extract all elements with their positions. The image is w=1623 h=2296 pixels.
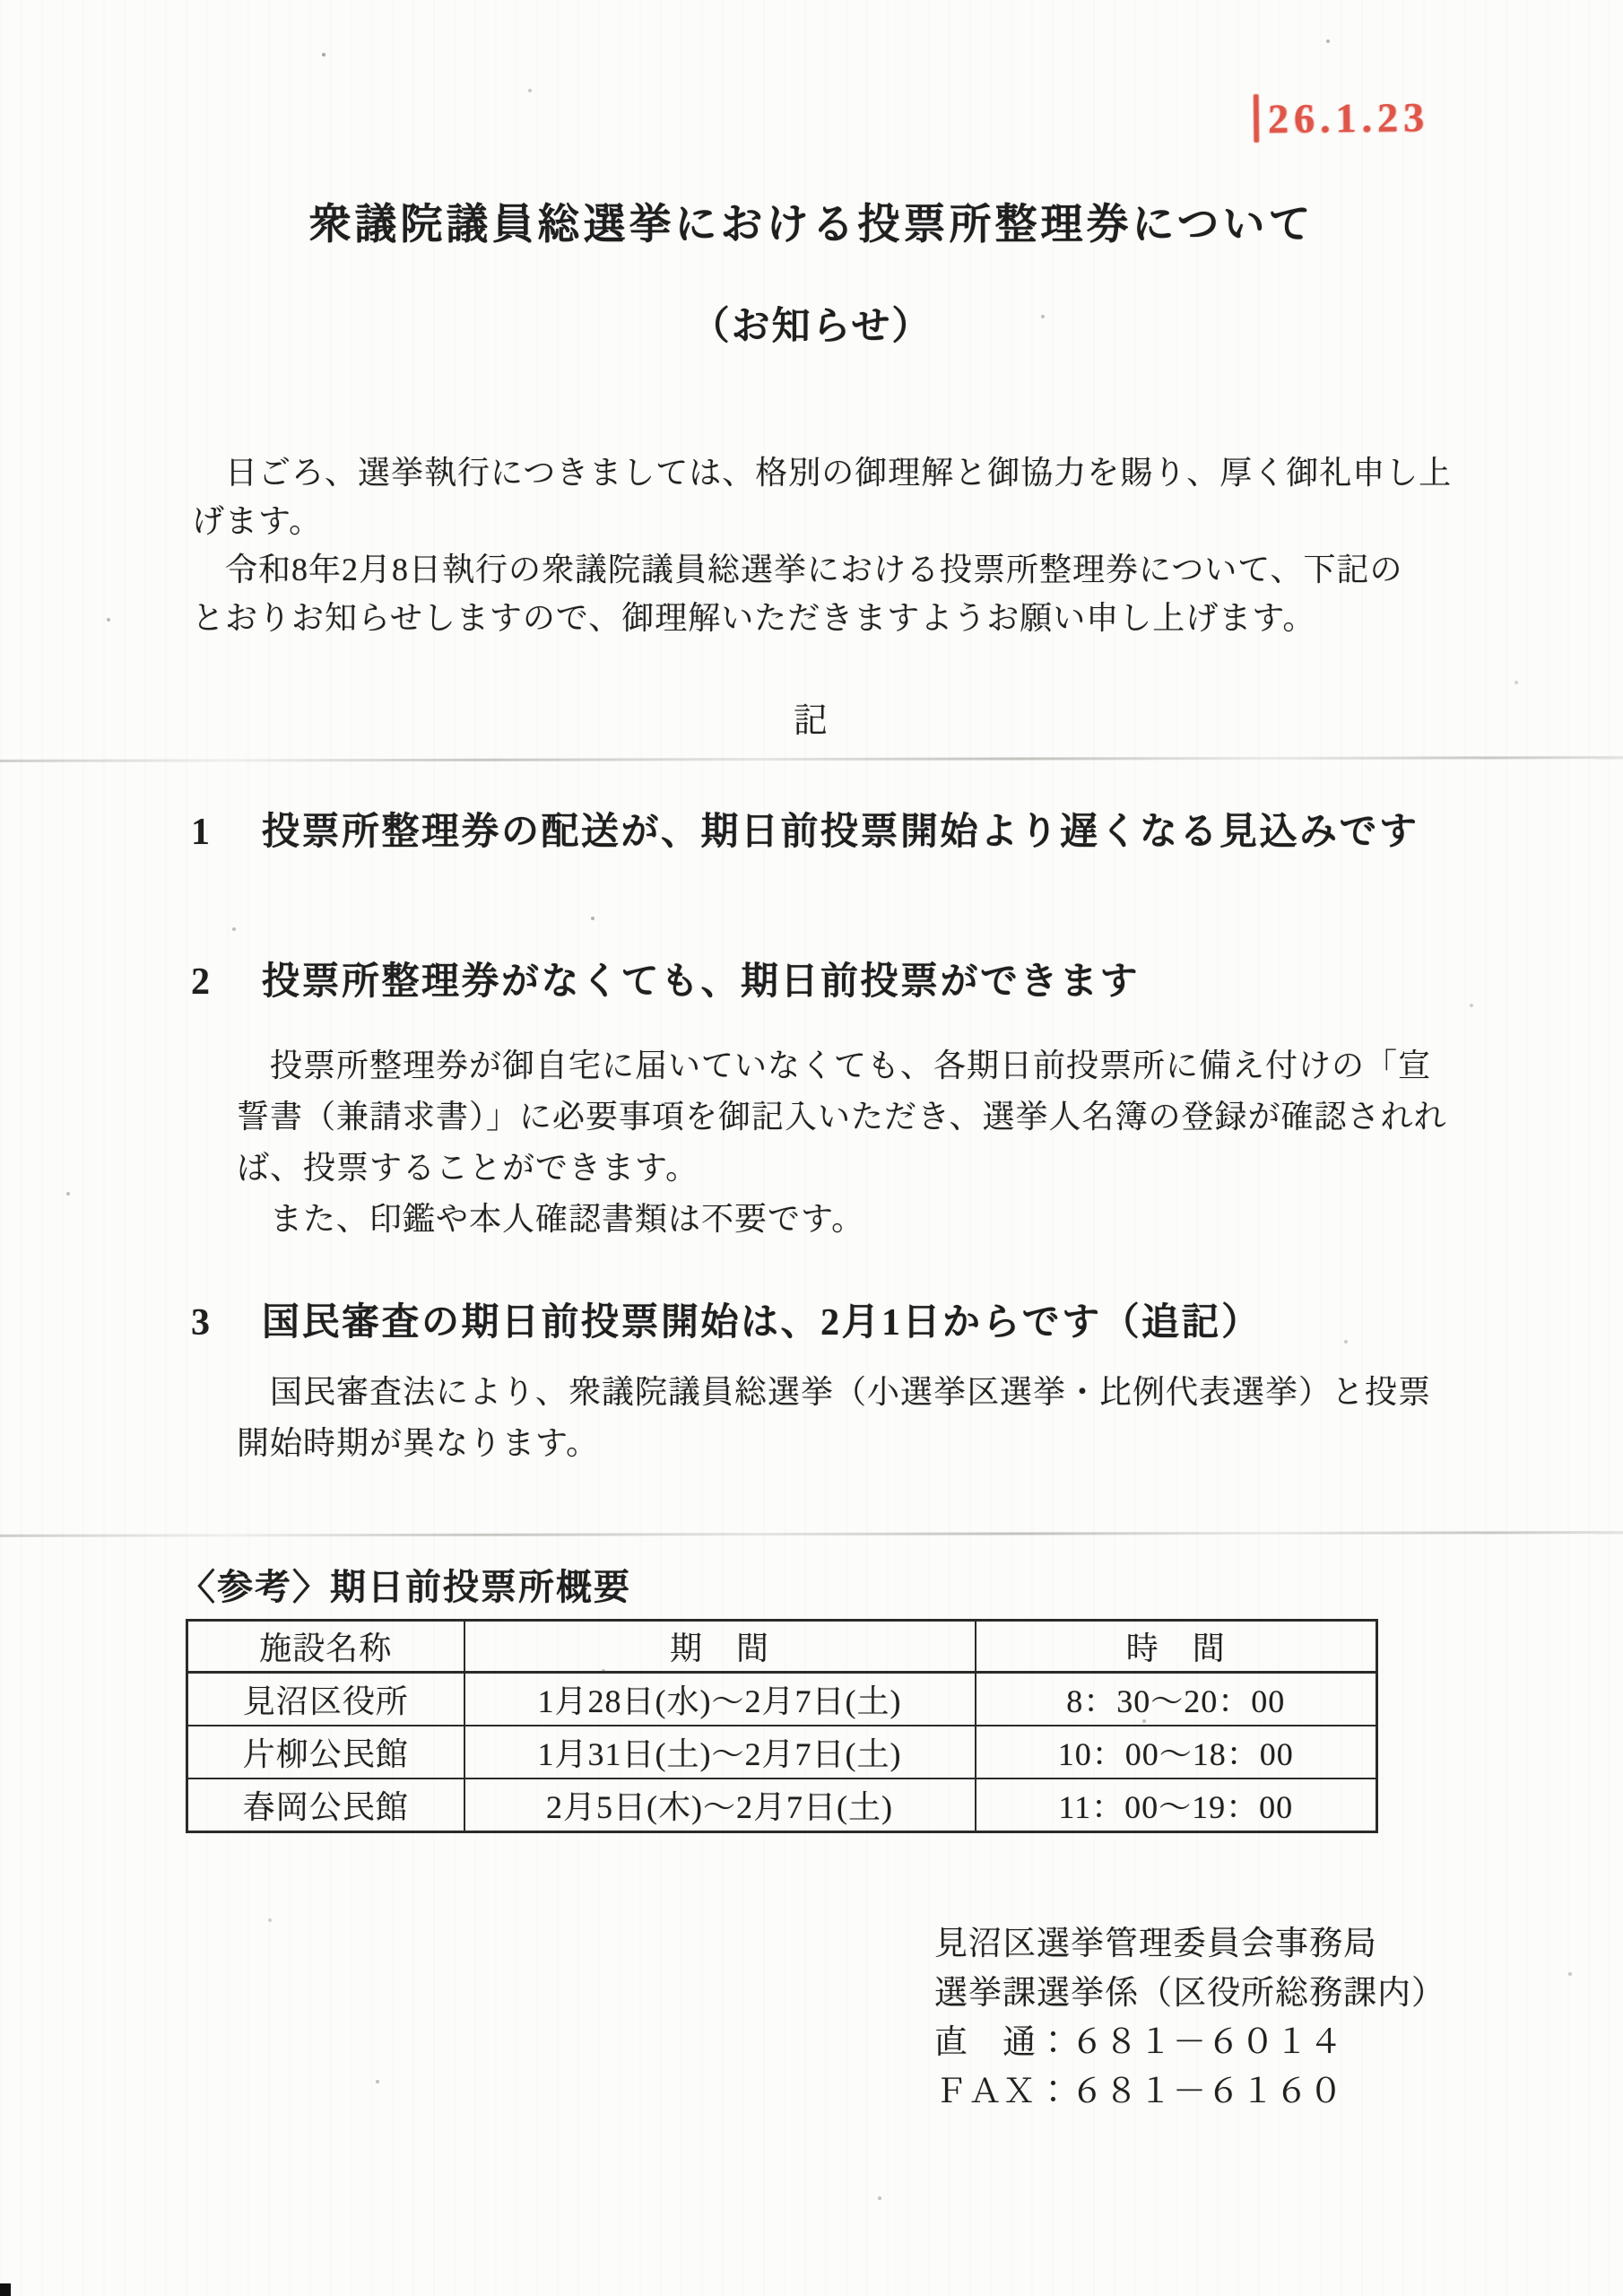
issuer-division-name: 選挙課選挙係（区役所総務課内） — [934, 1969, 1445, 2018]
table-header-period: 期 間 — [464, 1621, 976, 1673]
table-row: 春岡公民館 2月5日(木)～2月7日(土) 11：00～19：00 — [187, 1779, 1377, 1832]
reference-heading: 〈参考〉期日前投票所概要 — [179, 1559, 631, 1610]
voting-hours: 11：00～19：00 — [976, 1779, 1377, 1832]
section-2-number: 2 — [191, 960, 262, 1004]
facility-name: 春岡公民館 — [187, 1779, 464, 1832]
section-3-heading: 3国民審査の期日前投票開始は、2月1日からです（追記） — [191, 1300, 1262, 1345]
section-1-heading-text: 投票所整理券の配送が、期日前投票開始より遅くなる見込みです — [262, 812, 1419, 853]
table-row: 片柳公民館 1月31日(土)～2月7日(土) 10：00～18：00 — [187, 1726, 1377, 1779]
document-subtitle: （お知らせ） — [0, 296, 1623, 351]
section-2-body-line: 投票所整理券が御自宅に届いていなくても、各期日前投票所に備え付けの「宣 — [237, 1040, 1447, 1091]
section-3-body: 国民審査法により、衆議院議員総選挙（小選挙区選挙・比例代表選挙）と投票 開始時期… — [237, 1367, 1431, 1469]
table-row: 見沼区役所 1月28日(水)～2月7日(土) 8：30～20：00 — [187, 1673, 1377, 1726]
section-3-body-line: 開始時期が異なります。 — [237, 1418, 1431, 1469]
paper-fold-crease-bottom — [0, 1531, 1623, 1537]
paper-fold-crease-top — [0, 756, 1623, 762]
section-3-number: 3 — [191, 1300, 262, 1345]
section-2-body-line: ば、投票することができます。 — [237, 1143, 1447, 1194]
voting-period: 2月5日(木)～2月7日(土) — [464, 1779, 976, 1832]
section-2-heading: 2投票所整理券がなくても、期日前投票ができます — [191, 960, 1140, 1004]
section-2-heading-text: 投票所整理券がなくても、期日前投票ができます — [262, 961, 1140, 1003]
record-mark: 記 — [0, 692, 1623, 742]
table-header-hours: 時 間 — [976, 1621, 1377, 1673]
section-1-heading: 1投票所整理券の配送が、期日前投票開始より遅くなる見込みです — [191, 810, 1419, 855]
facility-name: 片柳公民館 — [187, 1726, 464, 1779]
document-title: 衆議院議員総選挙における投票所整理券について — [0, 191, 1623, 251]
section-3-body-line: 国民審査法により、衆議院議員総選挙（小選挙区選挙・比例代表選挙）と投票 — [237, 1367, 1431, 1418]
section-1-number: 1 — [191, 810, 262, 855]
section-2-body-line: 誓書（兼請求書）」に必要事項を御記入いただき、選挙人名簿の登録が確認されれ — [237, 1091, 1447, 1143]
intro-line: とおりお知らせしますので、御理解いただきますようお願い申し上げます。 — [192, 594, 1452, 642]
voting-period: 1月31日(土)～2月7日(土) — [464, 1726, 976, 1779]
intro-line: げます。 — [192, 497, 1452, 545]
issuer-fax-number: ＦＡＸ：６８１－６１６０ — [934, 2067, 1445, 2117]
scan-noise-specks — [0, 0, 2, 2]
section-2-body-line: また、印鑑や本人確認書類は不要です。 — [237, 1194, 1447, 1245]
issuer-office-name: 見沼区選挙管理委員会事務局 — [934, 1919, 1445, 1969]
table-header-facility: 施設名称 — [187, 1621, 464, 1673]
voting-hours: 8：30～20：00 — [976, 1673, 1377, 1726]
issuer-phone-number: 直 通：６８１－６０１４ — [934, 2018, 1445, 2067]
table-header-row: 施設名称 期 間 時 間 — [187, 1621, 1377, 1673]
section-3-heading-text: 国民審査の期日前投票開始は、2月1日からです（追記） — [262, 1302, 1262, 1344]
intro-line: 日ごろ、選挙執行につきましては、格別の御理解と御協力を賜り、厚く御礼申し上 — [192, 448, 1452, 497]
issuer-contact-block: 見沼区選挙管理委員会事務局 選挙課選挙係（区役所総務課内） 直 通：６８１－６０… — [934, 1919, 1445, 2117]
date-stamp: 26.1.23 — [1254, 92, 1430, 143]
voting-hours: 10：00～18：00 — [976, 1726, 1377, 1779]
stamp-date-text: 26.1.23 — [1268, 92, 1430, 142]
intro-paragraphs: 日ごろ、選挙執行につきましては、格別の御理解と御協力を賜り、厚く御礼申し上 げま… — [192, 448, 1452, 642]
stamp-bar-mark — [1254, 94, 1260, 143]
facility-name: 見沼区役所 — [187, 1673, 464, 1726]
intro-line: 令和8年2月8日執行の衆議院議員総選挙における投票所整理券について、下記の — [192, 545, 1452, 594]
corner-scan-mark — [0, 2283, 11, 2296]
early-voting-schedule-table: 施設名称 期 間 時 間 見沼区役所 1月28日(水)～2月7日(土) 8：30… — [186, 1619, 1378, 1833]
voting-period: 1月28日(水)～2月7日(土) — [464, 1673, 976, 1726]
scanned-notice-page: 26.1.23 衆議院議員総選挙における投票所整理券について （お知らせ） 日ご… — [0, 0, 1623, 2296]
section-2-body: 投票所整理券が御自宅に届いていなくても、各期日前投票所に備え付けの「宣 誓書（兼… — [237, 1040, 1447, 1245]
